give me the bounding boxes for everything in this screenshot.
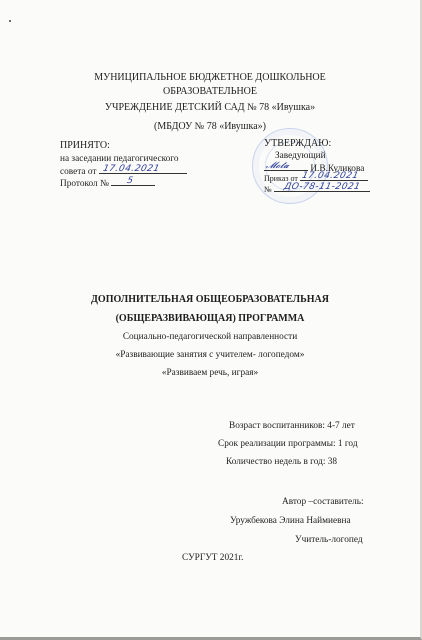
author-position: Учитель-логопед (295, 535, 363, 545)
approved-order-date-field: 17.04.2021 (300, 171, 368, 181)
footer-city-year: СУРГУТ 2021г. (182, 553, 243, 563)
accepted-protocol-label: Протокол № (60, 179, 109, 189)
approved-signature: 𝓜𝓸𝓽𝓪 (265, 161, 291, 171)
program-title-line-2: (ОБЩЕРАЗВИВАЮЩАЯ) ПРОГРАММА (0, 313, 420, 324)
program-name: «Развивающие занятия с учителем- логопед… (0, 350, 420, 360)
approved-title: УТВЕРЖДАЮ: (264, 138, 331, 149)
detail-age: Возраст воспитанников: 4-7 лет (229, 421, 355, 431)
approved-signature-field: 𝓜𝓸𝓽𝓪 (264, 161, 308, 171)
approved-number-row: № ДО-78-11-2021 (264, 182, 370, 194)
header-line-1: МУНИЦИПАЛЬНОЕ БЮДЖЕТНОЕ ДОШКОЛЬНОЕ (0, 72, 420, 83)
program-orientation: Социально-педагогической направленности (0, 332, 420, 342)
program-subtitle: «Развиваем речь, играя» (0, 368, 420, 378)
accepted-line-1: на заседании педагогического (60, 154, 179, 164)
header-line-2: ОБРАЗОВАТЕЛЬНОЕ (0, 86, 420, 97)
accepted-date-field: 17.04.2021 (99, 164, 187, 174)
approved-number-label: № (264, 185, 272, 194)
scan-speck (9, 20, 11, 22)
author-name: Уружбекова Элина Наймиевна (230, 516, 351, 526)
accepted-protocol-row: Протокол № 5 (60, 176, 155, 189)
document-page: МУНИЦИПАЛЬНОЕ БЮДЖЕТНОЕ ДОШКОЛЬНОЕ ОБРАЗ… (0, 0, 422, 640)
approved-number-field: ДО-78-11-2021 (274, 182, 370, 192)
author-label: Автор –составитель: (282, 497, 364, 507)
detail-duration: Срок реализации программы: 1 год (218, 439, 358, 449)
accepted-protocol-value: 5 (126, 176, 134, 186)
accepted-date-value: 17.04.2021 (102, 164, 161, 174)
approved-order-date: 17.04.2021 (301, 171, 360, 181)
detail-weeks: Количество недель в год: 38 (226, 457, 337, 467)
approved-number-value: ДО-78-11-2021 (283, 182, 361, 192)
header-line-4: (МБДОУ № 78 «Ивушка») (0, 121, 420, 132)
accepted-protocol-field: 5 (111, 176, 155, 186)
program-title-line-1: ДОПОЛНИТЕЛЬНАЯ ОБЩЕОБРАЗОВАТЕЛЬНАЯ (0, 294, 420, 305)
header-line-3: УЧРЕЖДЕНИЕ ДЕТСКИЙ САД № 78 «Ивушка» (0, 102, 420, 113)
approved-position: Заведующий (275, 151, 326, 161)
accepted-title: ПРИНЯТО: (60, 140, 110, 151)
